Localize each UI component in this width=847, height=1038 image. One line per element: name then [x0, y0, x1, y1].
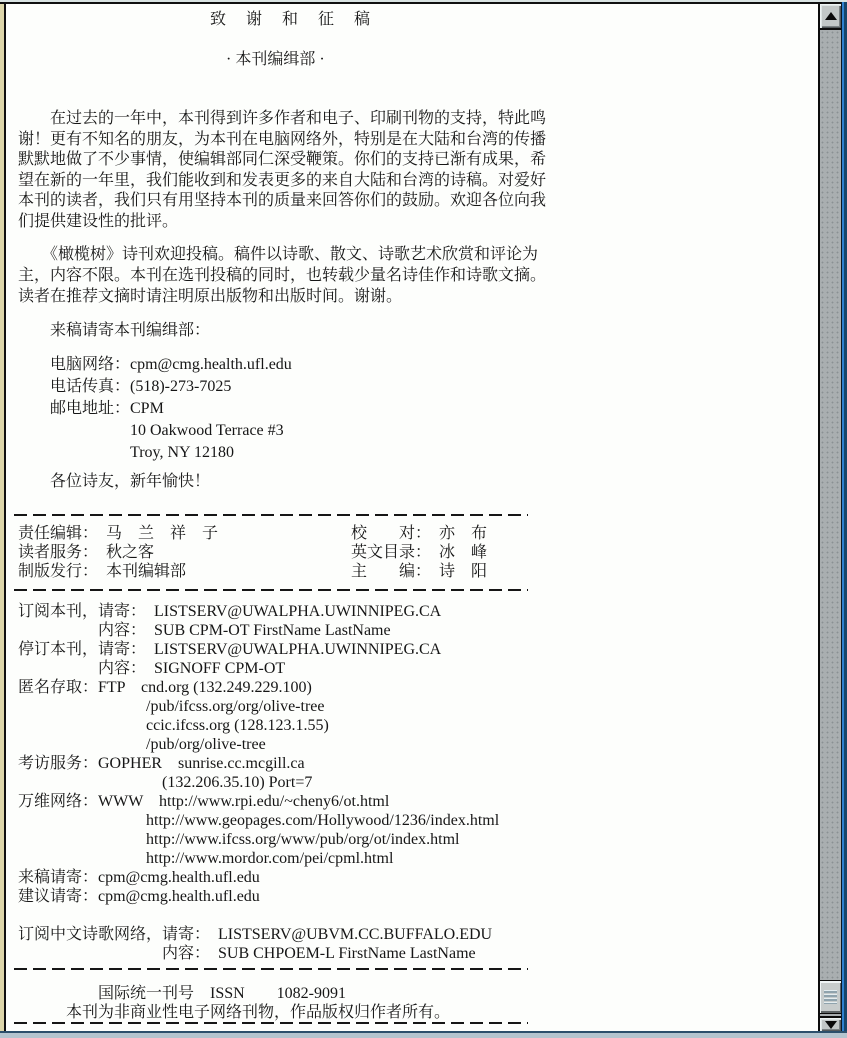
copyright-line: 本刊为非商业性电子网络刊物，作品版权归作者所有。	[18, 1003, 450, 1022]
credit-role-left: 读者服务： 秋之客	[18, 543, 351, 562]
credit-role-right: 英文目录： 冰 峰	[351, 543, 487, 562]
text-line: 默默地做了不少事情，使编辑部同仁深受鞭策。你们的支持已渐有成果，希	[18, 150, 546, 171]
down-arrow-icon	[825, 1021, 837, 1029]
credit-row: 制版发行： 本刊编辑部 主 编： 诗 阳	[18, 562, 578, 581]
dashed-divider	[14, 589, 528, 591]
text-line: 考访服务：GOPHER sunrise.cc.mcgill.ca	[18, 754, 499, 773]
dashed-divider	[14, 968, 528, 970]
text-line: 内容： SUB CHPOEM-L FirstName LastName	[18, 944, 499, 963]
credit-row: 责任编辑： 马 兰 祥 子 校 对： 亦 布	[18, 524, 578, 543]
greeting-line: 各位诗友，新年愉快！	[18, 472, 210, 491]
text-line: Troy, NY 12180	[18, 442, 292, 464]
credit-role-left: 责任编辑： 马 兰 祥 子	[18, 524, 351, 543]
text-line: 建议请寄：cpm@cmg.health.ufl.edu	[18, 887, 499, 906]
submission-paragraph: 《橄榄树》诗刊欢迎投稿。稿件以诗歌、散文、诗歌艺术欣赏和评论为主，内容不限。本刊…	[18, 244, 546, 307]
text-line: http://www.ifcss.org/www/pub/org/ot/inde…	[18, 830, 499, 849]
text-line: /pub/ifcss.org/org/olive-tree	[18, 697, 499, 716]
text-line: /pub/org/olive-tree	[18, 735, 499, 754]
window-frame-right	[841, 2, 847, 1031]
document-page: 致 谢 和 征 稿 · 本刊编缉部 · 在过去的一年中，本刊得到许多作者和电子、…	[6, 4, 818, 1031]
network-info-block: 订阅本刊，请寄： LISTSERV@UWALPHA.UWINNIPEG.CA 内…	[18, 602, 499, 963]
issn-line: 国际统一刊号 ISSN 1082-9091	[18, 984, 346, 1003]
credit-role-right: 主 编： 诗 阳	[351, 562, 487, 581]
text-line: 停订本刊，请寄： LISTSERV@UWALPHA.UWINNIPEG.CA	[18, 640, 499, 659]
text-line: 万维网络：WWW http://www.rpi.edu/~cheny6/ot.h…	[18, 792, 499, 811]
text-line: 匿名存取：FTP cnd.org (132.249.229.100)	[18, 678, 499, 697]
text-line: ccic.ifcss.org (128.123.1.55)	[18, 716, 499, 735]
credit-role-left: 制版发行： 本刊编辑部	[18, 562, 351, 581]
text-line: 望在新的一年里，我们能收到和发表更多的来自大陆和台湾的诗稿。对爱好	[18, 171, 546, 192]
text-line: 订阅本刊，请寄： LISTSERV@UWALPHA.UWINNIPEG.CA	[18, 602, 499, 621]
scroll-down-button[interactable]	[820, 1018, 841, 1031]
text-line: 《橄榄树》诗刊欢迎投稿。稿件以诗歌、散文、诗歌艺术欣赏和评论为	[18, 244, 546, 265]
text-line: 10 Oakwood Terrace #3	[18, 420, 292, 442]
thumb-grip-icon	[824, 990, 837, 1004]
text-line: 读者在推荐文摘时请注明原出版物和出版时间。谢谢。	[18, 286, 546, 307]
text-line: 邮电地址：CPM	[18, 398, 292, 420]
mail-to-line: 来稿请寄本刊编缉部：	[18, 321, 210, 340]
document-viewer-window: 致 谢 和 征 稿 · 本刊编缉部 · 在过去的一年中，本刊得到许多作者和电子、…	[0, 0, 847, 1038]
text-line: http://www.mordor.com/pei/cpml.html	[18, 849, 499, 868]
text-line: 电话传真：(518)-273-7025	[18, 376, 292, 398]
contact-block: 电脑网络：cpm@cmg.health.ufl.edu 电话传真：(518)-2…	[18, 354, 292, 464]
text-line: 电脑网络：cpm@cmg.health.ufl.edu	[18, 354, 292, 376]
credit-row: 读者服务： 秋之客 英文目录： 冰 峰	[18, 543, 578, 562]
text-line: 主，内容不限。本刊在选刊投稿的同时，也转载少量名诗佳作和诗歌文摘。	[18, 265, 546, 286]
text-line: 们提供建设性的批评。	[18, 212, 546, 233]
page-subtitle: · 本刊编缉部 ·	[18, 50, 325, 70]
dashed-divider	[14, 514, 528, 516]
credits-block: 责任编辑： 马 兰 祥 子 校 对： 亦 布 读者服务： 秋之客 英文目录： 冰…	[18, 524, 578, 581]
vertical-scrollbar[interactable]	[818, 4, 841, 1031]
credit-role-right: 校 对： 亦 布	[351, 524, 487, 543]
text-line: 内容： SUB CPM-OT FirstName LastName	[18, 621, 499, 640]
text-line	[18, 906, 499, 925]
dashed-divider	[14, 1022, 528, 1024]
scroll-up-button[interactable]	[820, 4, 841, 28]
text-line: 内容： SIGNOFF CPM-OT	[18, 659, 499, 678]
text-line: http://www.geopages.com/Hollywood/1236/i…	[18, 811, 499, 830]
text-line: 在过去的一年中，本刊得到许多作者和电子、印刷刊物的支持，特此鸣	[18, 109, 546, 130]
scrollbar-track[interactable]	[820, 30, 841, 1016]
window-frame-bottom	[0, 1031, 847, 1038]
scrollbar-thumb[interactable]	[820, 980, 841, 1014]
up-arrow-icon	[825, 12, 837, 20]
text-line: (132.206.35.10) Port=7	[18, 773, 499, 792]
text-line: 谢！更有不知名的朋友，为本刊在电脑网络外，特别是在大陆和台湾的传播	[18, 130, 546, 151]
text-line: 订阅中文诗歌网络，请寄： LISTSERV@UBVM.CC.BUFFALO.ED…	[18, 925, 499, 944]
text-line: 本刊的读者，我们只有用坚持本刊的质量来回答你们的鼓励。欢迎各位向我	[18, 191, 546, 212]
page-title: 致 谢 和 征 稿	[18, 10, 370, 30]
text-line: 来稿请寄：cpm@cmg.health.ufl.edu	[18, 868, 499, 887]
acknowledgment-paragraph: 在过去的一年中，本刊得到许多作者和电子、印刷刊物的支持，特此鸣谢！更有不知名的朋…	[18, 109, 546, 233]
